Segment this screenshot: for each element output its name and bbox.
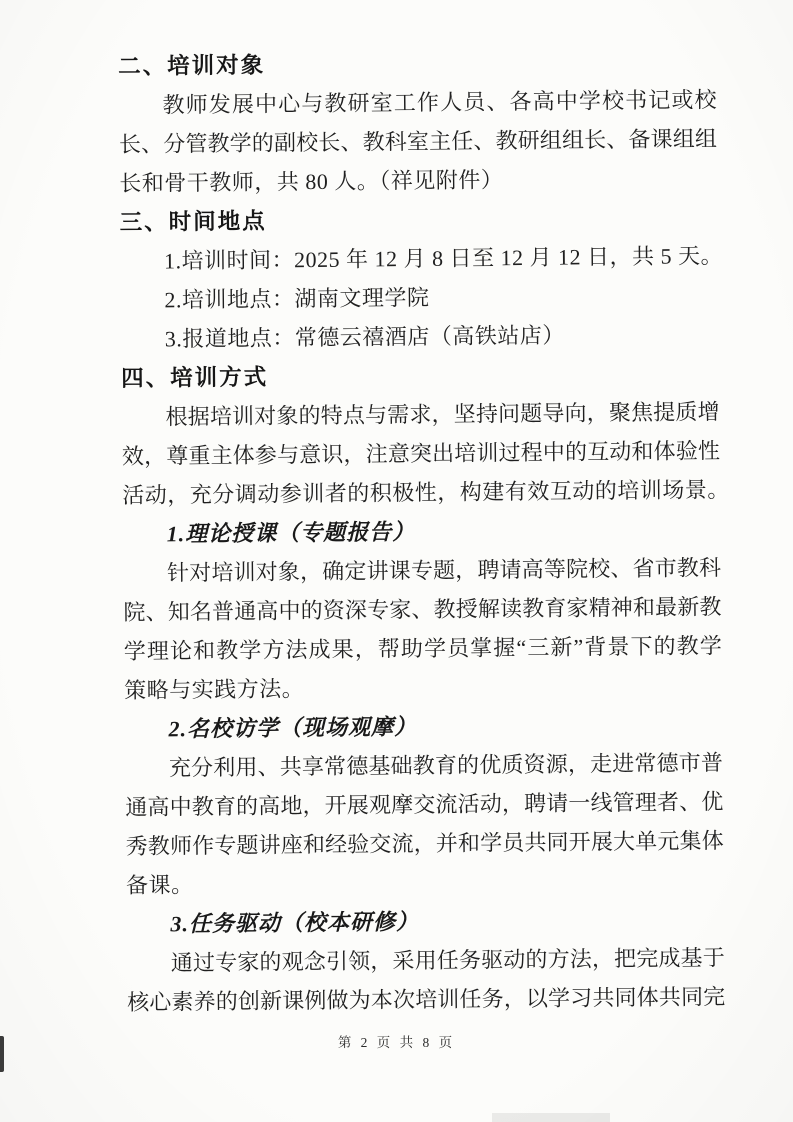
paragraph-line: 学理论和教学方法成果，帮助学员掌握“三新”背景下的教学 xyxy=(124,626,722,671)
paragraph-line: 效，尊重主体参与意识，注意突出培训过程中的互动和体验性 xyxy=(122,431,720,476)
subsection-heading: 1.理论授课（专题报告） xyxy=(123,509,721,554)
scan-bottom-artifact xyxy=(492,1113,610,1122)
page-footer: 第 2 页 共 8 页 xyxy=(0,1031,793,1051)
scan-edge-artifact xyxy=(0,1036,4,1072)
paragraph-line: 核心素养的创新课例做为本次培训任务，以学习共同体共同完 xyxy=(127,977,725,1022)
section-heading: 二、培训对象 xyxy=(118,41,716,86)
paragraph-line: 备课。 xyxy=(126,860,724,905)
paragraph-line: 教师发展中心与教研室工作人员、各高中学校书记或校 xyxy=(118,80,716,125)
list-item-line: 2.培训地点：湖南文理学院 xyxy=(120,275,718,320)
paragraph-line: 针对培训对象，确定讲课专题，聘请高等院校、省市教科 xyxy=(123,548,721,593)
list-item-line: 1.培训时间：2025 年 12 月 8 日至 12 月 12 日，共 5 天。 xyxy=(120,236,718,281)
paragraph-line: 长、分管教学的副校长、教科室主任、教研组组长、备课组组 xyxy=(119,119,717,164)
paragraph-line: 长和骨干教师，共 80 人。（祥见附件） xyxy=(119,158,717,203)
paragraph-line: 充分利用、共享常德基础教育的优质资源，走进常德市普 xyxy=(125,743,723,788)
subsection-heading: 3.任务驱动（校本研修） xyxy=(126,899,724,944)
paragraph-line: 秀教师作专题讲座和经验交流，并和学员共同开展大单元集体 xyxy=(126,821,724,866)
scanned-document-page: 二、培训对象 教师发展中心与教研室工作人员、各高中学校书记或校 长、分管教学的副… xyxy=(0,0,793,1122)
paragraph-line: 活动，充分调动参训者的积极性，构建有效互动的培训场景。 xyxy=(122,470,720,515)
page-number: 第 2 页 共 8 页 xyxy=(338,1035,455,1050)
paragraph-line: 院、知名普通高中的资深专家、教授解读教育家精神和最新教 xyxy=(123,587,721,632)
list-item-line: 3.报道地点：常德云禧酒店（高铁站店） xyxy=(121,314,719,359)
section-heading: 三、时间地点 xyxy=(120,197,718,242)
section-heading: 四、培训方式 xyxy=(121,353,719,398)
document-content: 二、培训对象 教师发展中心与教研室工作人员、各高中学校书记或校 长、分管教学的副… xyxy=(118,41,725,1022)
paragraph-line: 根据培训对象的特点与需求，坚持问题导向，聚焦提质增 xyxy=(121,392,719,437)
paragraph-line: 通高中教育的高地，开展观摩交流活动，聘请一线管理者、优 xyxy=(125,782,723,827)
paragraph-line: 通过专家的观念引领，采用任务驱动的方法，把完成基于 xyxy=(127,938,725,983)
subsection-heading: 2.名校访学（现场观摩） xyxy=(124,704,722,749)
paragraph-line: 策略与实践方法。 xyxy=(124,665,722,710)
